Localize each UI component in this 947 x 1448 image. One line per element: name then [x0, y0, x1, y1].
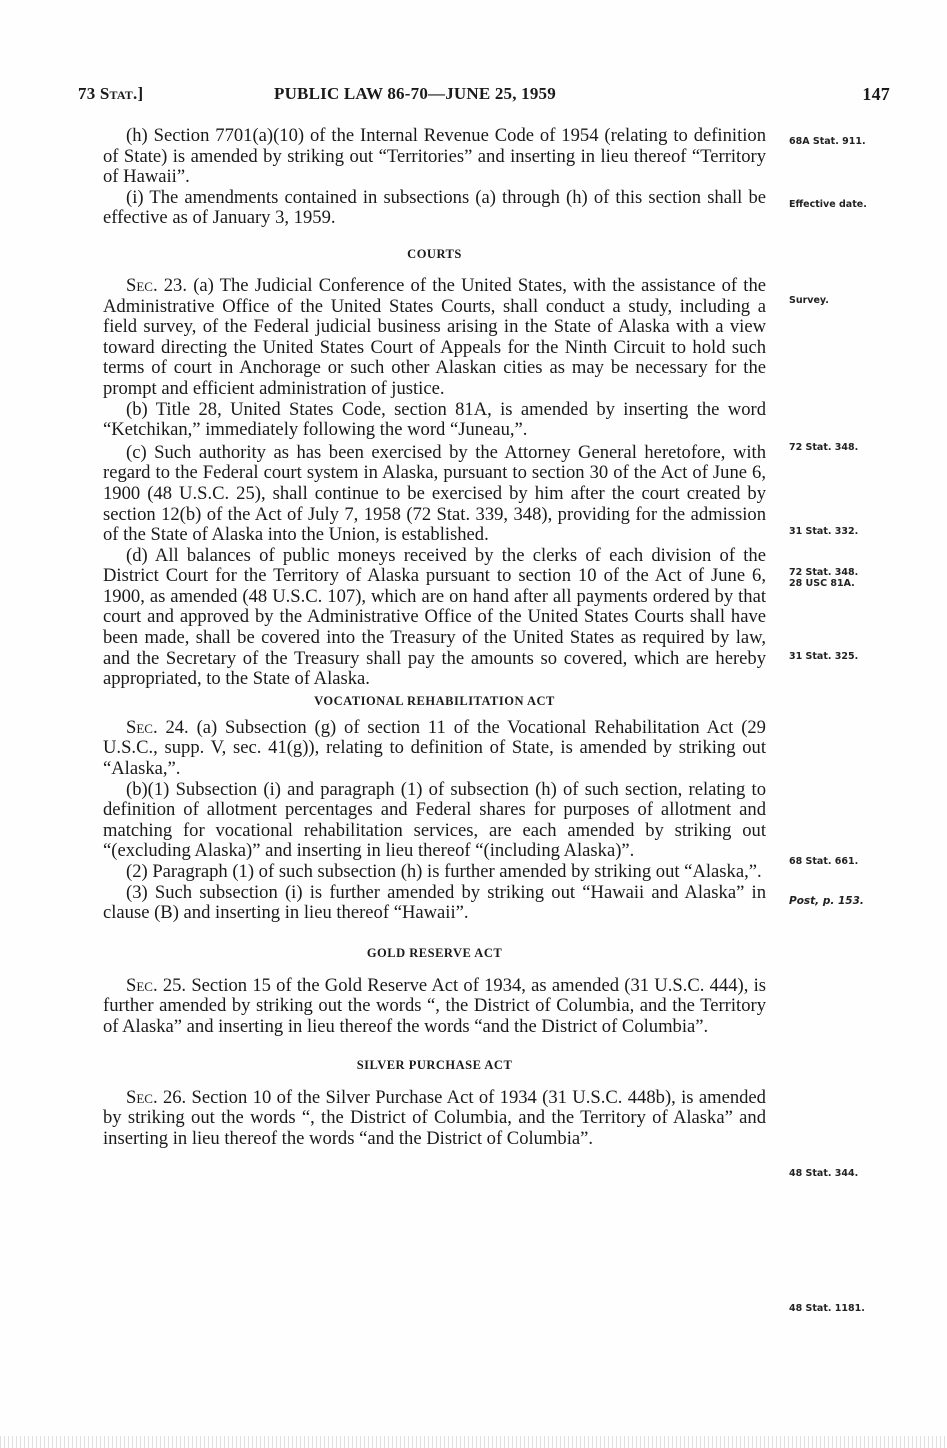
- scan-edge-artifact: [0, 1436, 947, 1448]
- section-label: Sec. 25.: [126, 975, 186, 996]
- margin-note: 68 Stat. 661.: [789, 856, 858, 867]
- section-24-b2: (2) Paragraph (1) of such subsection (h)…: [103, 862, 766, 883]
- section-23-a: Sec. 23. (a) The Judicial Conference of …: [103, 276, 766, 400]
- section-label: Sec. 23.: [126, 275, 187, 296]
- running-header: 73 Stat.] PUBLIC LAW 86-70—JUNE 25, 1959…: [78, 84, 890, 106]
- section-23-c: (c) Such authority as has been exercised…: [103, 443, 766, 546]
- paragraph-h: (h) Section 7701(a)(10) of the Internal …: [103, 126, 766, 188]
- section-text: Section 10 of the Silver Purchase Act of…: [103, 1087, 766, 1149]
- margin-note: Effective date.: [789, 199, 867, 210]
- header-title: PUBLIC LAW 86-70—JUNE 25, 1959: [274, 84, 556, 104]
- header-bracket: ]: [137, 84, 143, 103]
- heading-gold-reserve: GOLD RESERVE ACT: [103, 946, 766, 960]
- body-text: (h) Section 7701(a)(10) of the Internal …: [103, 126, 766, 1149]
- section-text: Section 15 of the Gold Reserve Act of 19…: [103, 975, 766, 1037]
- heading-silver-purchase: SILVER PURCHASE ACT: [103, 1058, 766, 1072]
- margin-note: Survey.: [789, 295, 829, 306]
- volume-citation: 73 Stat.]: [78, 84, 143, 104]
- section-text: (a) Subsection (g) of section 11 of the …: [103, 717, 766, 779]
- section-24-b1: (b)(1) Subsection (i) and paragraph (1) …: [103, 780, 766, 862]
- margin-note: 31 Stat. 325.: [789, 651, 858, 662]
- heading-courts: COURTS: [103, 247, 766, 261]
- margin-note: 48 Stat. 1181.: [789, 1303, 865, 1314]
- document-page: 73 Stat.] PUBLIC LAW 86-70—JUNE 25, 1959…: [0, 0, 947, 1448]
- section-label: Sec. 26.: [126, 1087, 186, 1108]
- margin-note: 28 USC 81A.: [789, 578, 855, 589]
- margin-note: Post, p. 153.: [789, 896, 864, 907]
- section-23-b: (b) Title 28, United States Code, sectio…: [103, 400, 766, 441]
- section-26: Sec. 26. Section 10 of the Silver Purcha…: [103, 1088, 766, 1150]
- paragraph-i: (i) The amendments contained in subsecti…: [103, 188, 766, 229]
- section-24-b3: (3) Such subsection (i) is further amend…: [103, 883, 766, 924]
- page-number: 147: [862, 84, 890, 105]
- heading-vocational-rehabilitation: VOCATIONAL REHABILITATION ACT: [103, 694, 766, 708]
- margin-note: 72 Stat. 348.: [789, 567, 858, 578]
- volume-abbrev: Stat.: [100, 84, 138, 103]
- margin-note: 31 Stat. 332.: [789, 526, 858, 537]
- section-label: Sec. 24.: [126, 717, 189, 738]
- volume-number: 73: [78, 84, 95, 103]
- margin-note: 68A Stat. 911.: [789, 136, 866, 147]
- margin-note: 72 Stat. 348.: [789, 442, 858, 453]
- section-24-a: Sec. 24. (a) Subsection (g) of section 1…: [103, 718, 766, 780]
- margin-note: 48 Stat. 344.: [789, 1168, 858, 1179]
- section-text: (a) The Judicial Conference of the Unite…: [103, 275, 766, 399]
- section-23-d: (d) All balances of public moneys receiv…: [103, 546, 766, 690]
- section-25: Sec. 25. Section 15 of the Gold Reserve …: [103, 976, 766, 1038]
